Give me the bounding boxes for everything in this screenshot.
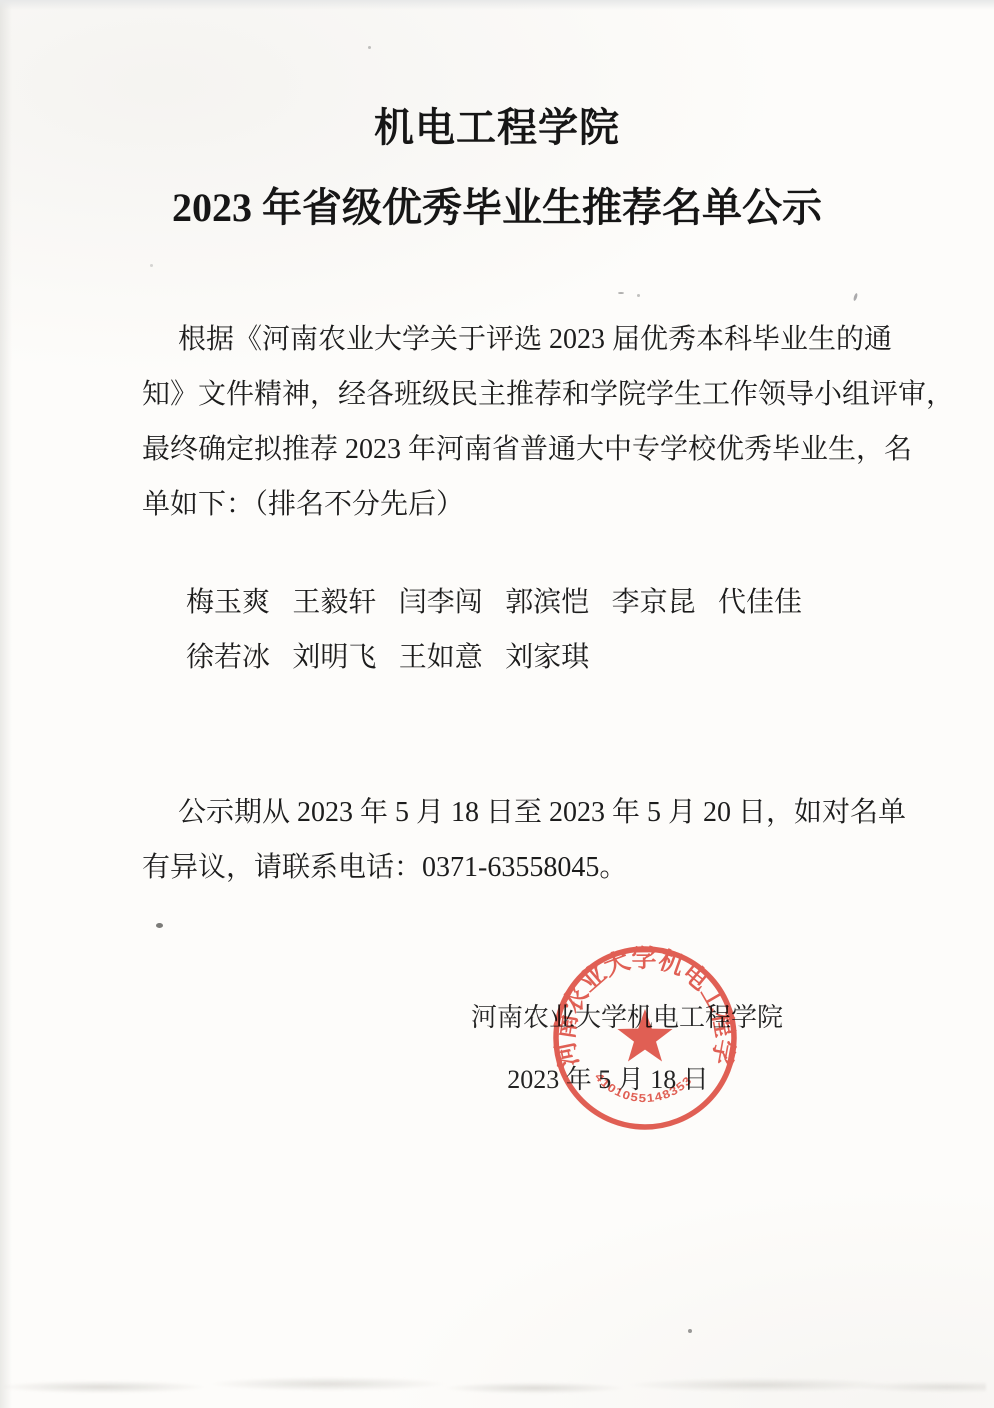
- signature-date: 2023 年 5 月 18 日: [507, 1064, 709, 1096]
- scan-speck: [637, 294, 640, 297]
- document-subtitle: 2023 年省级优秀毕业生推荐名单公示: [0, 182, 994, 234]
- document-page: 机电工程学院 2023 年省级优秀毕业生推荐名单公示 根据《河南农业大学关于评选…: [0, 0, 994, 1408]
- official-seal: 河南农业大学机电工程学院 4101055148353: [549, 942, 741, 1134]
- intro-text-line: 根据《河南农业大学关于评选 2023 届优秀本科毕业生的通: [142, 312, 868, 367]
- seal-ring: [556, 949, 734, 1127]
- scan-speck: [618, 292, 624, 294]
- scan-speck: [150, 264, 153, 267]
- signature-org: 河南农业大学机电工程学院: [471, 1002, 783, 1034]
- name-row: 徐若冰 刘明飞 王如意 刘家琪: [186, 630, 802, 685]
- intro-text-line: 知》文件精神，经各班级民主推荐和学院学生工作领导小组评审，: [142, 367, 868, 422]
- paragraph-intro: 根据《河南农业大学关于评选 2023 届优秀本科毕业生的通知》文件精神，经各班级…: [142, 312, 868, 532]
- notice-text-line: 有异议，请联系电话：0371-63558045。: [142, 840, 868, 895]
- intro-text-line: 单如下：（排名不分先后）: [142, 477, 868, 532]
- scan-speck: [853, 293, 858, 302]
- intro-text-line: 最终确定拟推荐 2023 年河南省普通大中专学校优秀毕业生，名: [142, 422, 868, 477]
- graduates-name-list: 梅玉爽 王毅轩 闫李闯 郭滨恺 李京昆 代佳佳徐若冰 刘明飞 王如意 刘家琪: [186, 575, 802, 685]
- scan-speck: [688, 1329, 692, 1333]
- name-row: 梅玉爽 王毅轩 闫李闯 郭滨恺 李京昆 代佳佳: [186, 575, 802, 630]
- document-title: 机电工程学院: [0, 104, 994, 152]
- notice-text-line: 公示期从 2023 年 5 月 18 日至 2023 年 5 月 20 日，如对…: [142, 785, 868, 840]
- scan-speck: [368, 46, 371, 49]
- paragraph-notice: 公示期从 2023 年 5 月 18 日至 2023 年 5 月 20 日，如对…: [142, 785, 868, 895]
- scan-shadow-band: [4, 1376, 986, 1396]
- scan-speck: [156, 923, 163, 928]
